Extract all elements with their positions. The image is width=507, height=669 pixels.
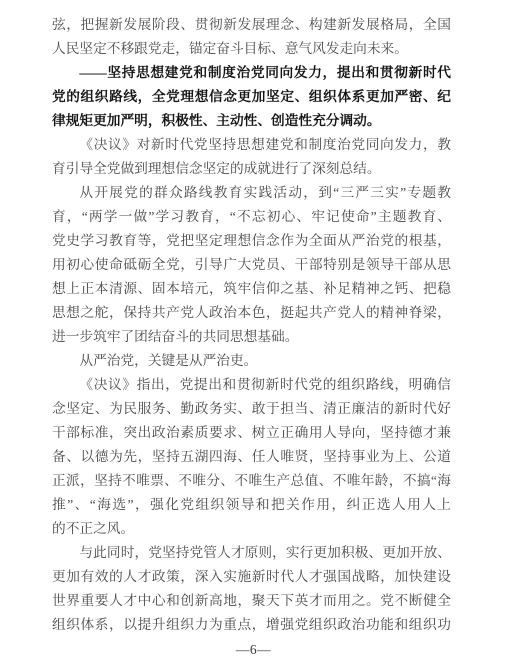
text-line: 弦，把握新发展阶段、贯彻新发展理念、构建新发展格局，全国 <box>52 13 451 37</box>
text-line: 《决议》对新时代党坚持思想建党和制度治党同向发力，教 <box>52 133 451 157</box>
text-line: 从开展党的群众路线教育实践活动，到“三严三实”专题教 <box>52 181 451 205</box>
document-body: 弦，把握新发展阶段、贯彻新发展理念、构建新发展格局，全国人民坚定不移跟党走，锚定… <box>52 13 451 637</box>
text-line: 想上正本清源、固本培元，筑牢信仰之基、补足精神之钙、把稳 <box>52 277 451 301</box>
text-line: ——坚持思想建党和制度治党同向发力，提出和贯彻新时代 <box>52 61 451 85</box>
text-line: 人民坚定不移跟党走，锚定奋斗目标、意气风发走向未来。 <box>52 37 451 61</box>
text-line: 推”、“海选”，强化党组织领导和把关作用，纠正选人用人上 <box>52 493 451 517</box>
text-line: 念坚定、为民服务、勤政务实、敢于担当、清正廉洁的新时代好 <box>52 397 451 421</box>
page-number: —6— <box>0 642 507 658</box>
text-line: 的不正之风。 <box>52 517 451 541</box>
text-line: 从严治党，关键是从严治吏。 <box>52 349 451 373</box>
text-line: 育，“两学一做”学习教育，“不忘初心、牢记使命”主题教育、 <box>52 205 451 229</box>
text-line: 党的组织路线，全党理想信念更加坚定、组织体系更加严密、纪 <box>52 85 451 109</box>
text-line: 育引导全党做到理想信念坚定的成就进行了深刻总结。 <box>52 157 451 181</box>
text-line: 干部标准，突出政治素质要求、树立正确用人导向，坚持德才兼 <box>52 421 451 445</box>
text-line: 备、以德为先，坚持五湖四海、任人唯贤，坚持事业为上、公道 <box>52 445 451 469</box>
text-line: 党史学习教育等，党把坚定理想信念作为全面从严治党的根基， <box>52 229 451 253</box>
text-line: 与此同时，党坚持党管人才原则，实行更加积极、更加开放、 <box>52 541 451 565</box>
text-line: 思想之舵，保持共产党人政治本色，挺起共产党人的精神脊梁， <box>52 301 451 325</box>
text-line: 律规矩更加严明，积极性、主动性、创造性充分调动。 <box>52 109 451 133</box>
text-line: 进一步筑牢了团结奋斗的共同思想基础。 <box>52 325 451 349</box>
document-page: 弦，把握新发展阶段、贯彻新发展理念、构建新发展格局，全国人民坚定不移跟党走，锚定… <box>0 0 507 669</box>
text-line: 《决议》指出，党提出和贯彻新时代党的组织路线，明确信 <box>52 373 451 397</box>
text-line: 组织体系，以提升组织力为重点，增强党组织政治功能和组织功 <box>52 613 451 637</box>
text-line: 用初心使命砥砺全党，引导广大党员、干部特别是领导干部从思 <box>52 253 451 277</box>
text-line: 正派，坚持不唯票、不唯分、不唯生产总值、不唯年龄，不搞“海 <box>52 469 451 493</box>
text-line: 世界重要人才中心和创新高地，聚天下英才而用之。党不断健全 <box>52 589 451 613</box>
text-line: 更加有效的人才政策，深入实施新时代人才强国战略，加快建设 <box>52 565 451 589</box>
